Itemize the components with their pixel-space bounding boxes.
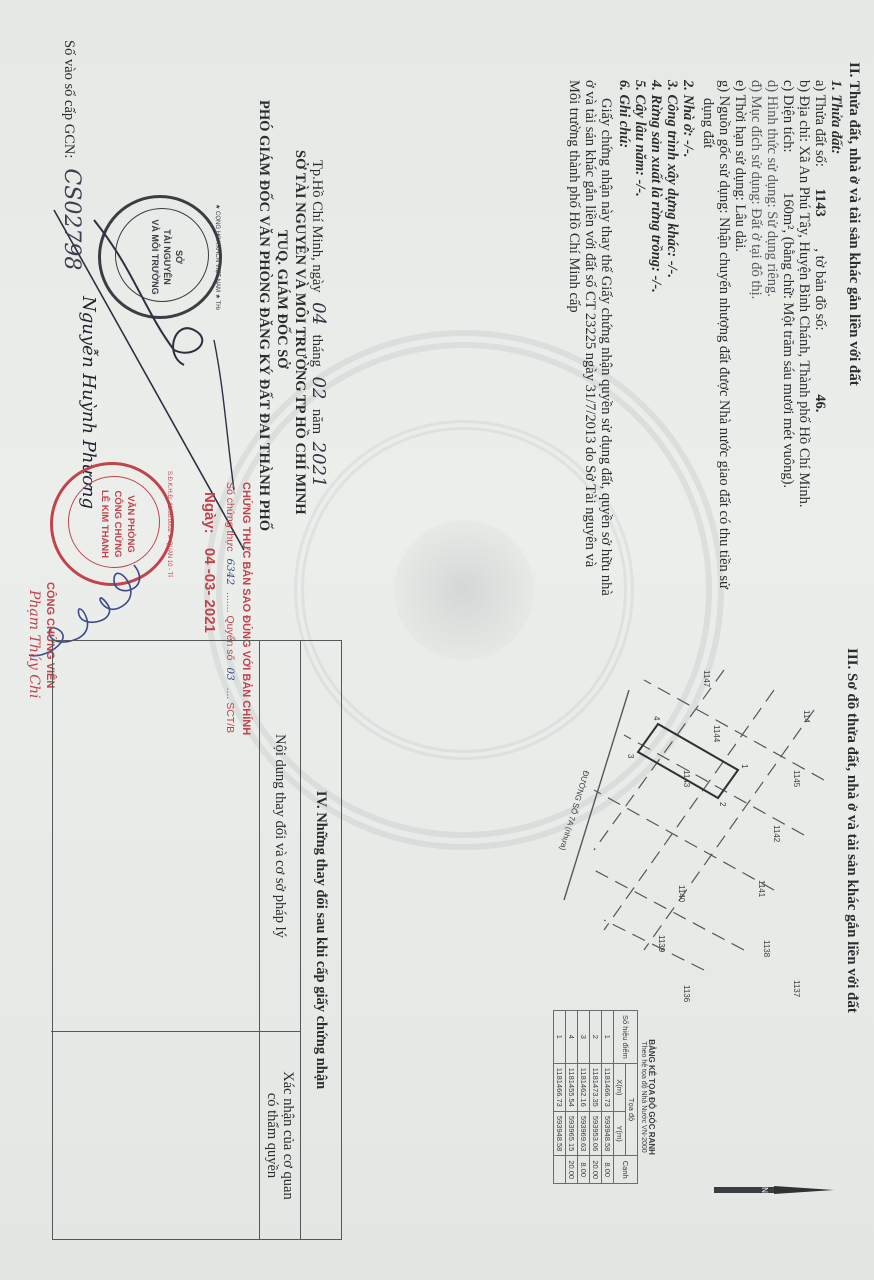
cert-number: 6342 [224, 558, 236, 585]
parcel-label: 1145 [792, 770, 801, 788]
parcel-label: 1141 [757, 880, 766, 898]
section-2-title: II. Thửa đất, nhà ở và tài sản khác gắn … [845, 62, 862, 386]
coordinates-table: BẢNG KÊ TỌA ĐỘ GÓC RANH Theo hệ tọa độ N… [553, 1010, 656, 1184]
section-3-title: III. Sơ đồ thửa đất, nhà ở và tài sản kh… [843, 648, 860, 1013]
vertex-label: 4 [652, 716, 661, 721]
parcel-number: 1143 [812, 189, 828, 217]
perennial-trees: 5. Cây lâu năm: -/-. [631, 80, 648, 197]
notary-date-label: Ngày: [201, 492, 218, 534]
day: 04 [308, 302, 329, 325]
coord-cell-point: 1 [602, 1011, 614, 1064]
coord-cell-y: 593948.58 [602, 1111, 614, 1155]
usage-purpose: đ) Mục đích sử dụng: Đất ở tại đô thị. [747, 80, 764, 299]
col-coords: Tọa độ [626, 1063, 638, 1156]
parcel-label: 1143 [682, 770, 691, 788]
other-construction: 3. Công trình xây dựng khác: -/-. [663, 80, 680, 278]
month: 02 [308, 377, 329, 400]
usage-term: e) Thời hạn sử dụng: Lâu dài. [731, 80, 748, 252]
vertex-label: 3 [626, 754, 635, 759]
changes-content-cell [51, 641, 259, 1032]
usage-form: d) Hình thức sử dụng: Sử dụng riêng. [763, 80, 780, 297]
notes-line-1: Giấy chứng nhận này thay thế Giấy chứng … [597, 98, 614, 596]
registry-label: Số vào sổ cấp GCN: [61, 40, 77, 158]
parcel-label: 114 [802, 710, 811, 723]
plot-diagram: 1137113811361141113911421140114511431141… [554, 650, 834, 1010]
notary-date-value: 04 -03- 2021 [201, 548, 218, 633]
plantation-forest: 4. Rừng sản xuất là rừng trồng: -/-. [647, 80, 664, 293]
coord-cell-edge [554, 1156, 566, 1184]
parcel-number-row: a) Thửa đất số: 1143 , tờ bản đồ số: 46. [811, 80, 828, 412]
notary-name: Phạm Thúy Chi [26, 590, 42, 698]
coord-cell-point: 4 [566, 1011, 578, 1064]
year-label: năm [309, 409, 325, 434]
parcel-label: 1138 [762, 940, 771, 958]
agency-name: SỞ TÀI NGUYÊN VÀ MÔI TRƯỜNG TP HỒ CHÍ MI… [291, 150, 308, 515]
vertex-label: 2 [718, 802, 727, 807]
certificate-page: II. Thửa đất, nhà ở và tài sản khác gắn … [0, 0, 874, 1280]
coord-title: BẢNG KÊ TỌA ĐỘ GÓC RANH [647, 1010, 656, 1184]
coord-cell-y: 593953.06 [590, 1111, 602, 1155]
parcel-label: 1140 [677, 885, 686, 903]
place-date: Tp.Hồ Chí Minh, ngày 04 tháng 02 năm 202… [308, 160, 329, 487]
parcel-label: 1142 [772, 825, 781, 843]
svg-text:N: N [760, 1187, 769, 1193]
changes-table: IV. Những thay đổi sau khi cấp giấy chứn… [52, 640, 342, 1240]
year: 2021 [308, 442, 329, 488]
origin-line-2: dụng đất [699, 98, 716, 148]
coord-subtitle: Theo hệ tọa độ Nhà Nước VN-2000 [640, 1010, 647, 1184]
coord-row: 11181466.73593948.58 [554, 1011, 566, 1184]
coord-cell-y: 593965.15 [566, 1111, 578, 1155]
coord-cell-x: 1181455.54 [566, 1063, 578, 1111]
coord-cell-x: 1181462.16 [578, 1063, 590, 1111]
area-row: c) Diện tích: 160m², (bằng chữ: Một trăm… [779, 80, 796, 488]
coord-cell-point: 1 [554, 1011, 566, 1064]
signer-title: PHÓ GIÁM ĐỐC VĂN PHÒNG ĐĂNG KÝ ĐẤT ĐAI T… [255, 100, 272, 531]
col-edge: Cạnh [614, 1156, 638, 1184]
notes-line-3: Môi trường thành phố Hồ Chí Minh cấp [565, 80, 582, 313]
north-arrow-icon: N [694, 1170, 834, 1210]
coord-cell-edge: 20.00 [566, 1156, 578, 1184]
parcel-label: 1144 [712, 725, 721, 743]
coord-cell-y: 593969.63 [578, 1111, 590, 1155]
coord-cell-edge: 8.00 [602, 1156, 614, 1184]
coord-cell-x: 1181466.73 [554, 1063, 566, 1111]
changes-col-content: Nội dung thay đổi và cơ sở pháp lý [260, 641, 300, 1032]
col-x: X(m) [614, 1063, 626, 1111]
address: b) Địa chỉ: Xã An Phú Tây, Huyện Bình Ch… [795, 80, 812, 507]
vertex-label: 1 [740, 764, 749, 769]
coord-cell-x: 1181473.35 [590, 1063, 602, 1111]
changes-title: IV. Những thay đổi sau khi cấp giấy chứn… [300, 641, 341, 1239]
on-behalf: TUQ. GIÁM ĐỐC SỞ [273, 230, 290, 369]
registry-value: CS02798 [59, 168, 84, 270]
coord-cell-x: 1181466.73 [602, 1063, 614, 1111]
origin-line-1: g) Nguồn gốc sử dụng: Nhận chuyển nhượng… [715, 80, 732, 589]
notes-line-2: ở và tài sản khác gắn liền với đất số CT… [581, 80, 598, 567]
drum-watermark-core [394, 520, 534, 660]
area-value: 160m², (bằng chữ: Một trăm sáu mươi mét … [780, 192, 796, 488]
coord-cell-edge: 8.00 [578, 1156, 590, 1184]
notary-date: Ngày: 04 -03- 2021 [201, 492, 218, 633]
notary-seal-outer-text: S.Đ.K.H.Đ: 41.06.0002 ★ QUẬN 10 - TP HỒ … [166, 471, 173, 577]
coord-row: 21181473.35593953.0620.00 [590, 1011, 602, 1184]
parcel-label: 1147 [702, 670, 711, 688]
road-label: ĐƯỜNG SỐ 7A (nhựa) [558, 769, 592, 852]
area-label: c) Diện tích: [780, 80, 796, 152]
land-heading: 1. Thửa đất: [827, 80, 844, 154]
changes-col-confirm: Xác nhận của cơ quan có thẩm quyền [260, 1032, 300, 1239]
parcel-label: 1136 [682, 985, 691, 1003]
coord-cell-y: 593948.58 [554, 1111, 566, 1155]
registry-number: Số vào sổ cấp GCN: CS02798 [59, 40, 84, 270]
coord-row: 41181455.54593965.1520.00 [566, 1011, 578, 1184]
place-date-prefix: Tp.Hồ Chí Minh, ngày [309, 160, 325, 293]
coord-cell-point: 3 [578, 1011, 590, 1064]
coord-cell-edge: 20.00 [590, 1156, 602, 1184]
parcel-label: 1137 [792, 980, 801, 998]
cert-label: Số chứng thực [224, 482, 236, 552]
house: 2. Nhà ở: -/-. [679, 80, 696, 157]
parcel-label: a) Thửa đất số: [812, 80, 828, 167]
coord-cell-point: 2 [590, 1011, 602, 1064]
col-point: Số hiệu điểm [614, 1011, 638, 1064]
coord-row: 11181466.73593948.588.00 [602, 1011, 614, 1184]
coord-row: 31181462.16593969.638.00 [578, 1011, 590, 1184]
col-y: Y(m) [614, 1111, 626, 1155]
parcel-label: 1139 [657, 935, 666, 953]
map-sheet-label: , tờ bản đồ số: [812, 248, 828, 330]
map-sheet-number: 46. [812, 394, 828, 412]
confirm-line-2: có thẩm quyền [264, 1093, 280, 1178]
notes-heading: 6. Ghi chú: [615, 80, 632, 148]
confirm-line-1: Xác nhận của cơ quan [280, 1071, 296, 1199]
month-label: tháng [309, 335, 325, 367]
